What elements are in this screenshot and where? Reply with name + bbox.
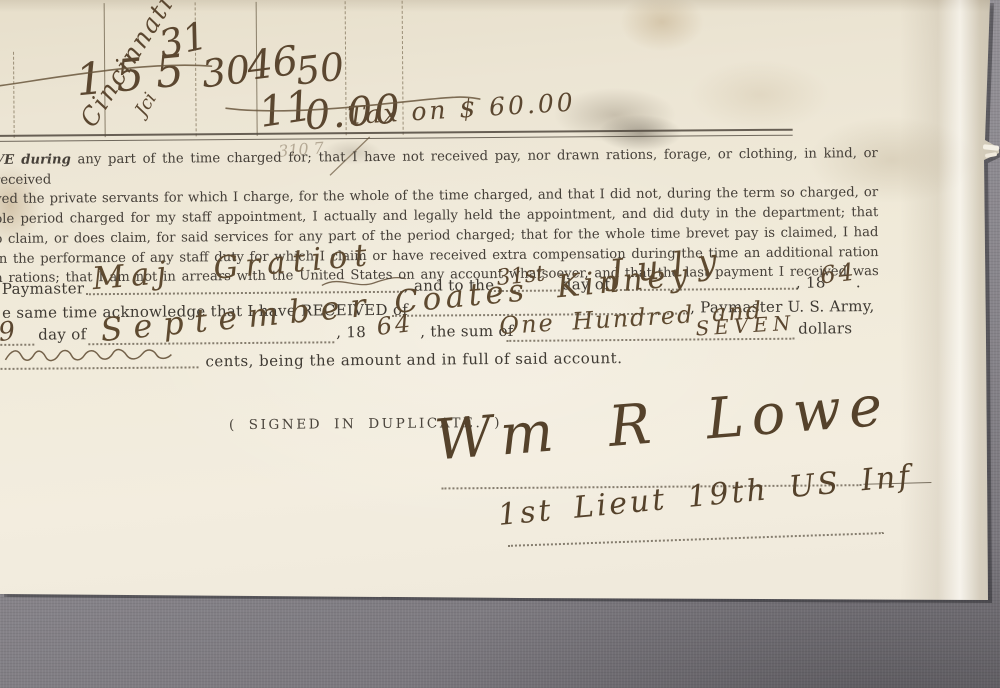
year-hw-1: 64 (819, 258, 858, 290)
year-hw-2: 64 (375, 309, 414, 341)
cents-line: cents, being the amount and in full of s… (205, 349, 622, 370)
amount-caps-value: SEVEN (695, 310, 796, 340)
paymaster-label: Paymaster (2, 279, 85, 298)
affidavit-line: VE during any part of the time charged f… (0, 144, 878, 190)
affidavit-line-text: any part of the time charged for; that I… (0, 146, 878, 188)
cents-rule (0, 366, 198, 370)
day-of-label-2: day of (38, 325, 86, 343)
period-1: . (856, 273, 861, 291)
dollars-label: dollars (798, 319, 852, 337)
document-content: 31 155 30 46 50 11 0.00 Tax on $ 60.00 C… (0, 0, 1000, 610)
rank-rule (508, 532, 884, 547)
year-printed-2: , 18 (336, 323, 366, 341)
document-paper: 31 155 30 46 50 11 0.00 Tax on $ 60.00 C… (0, 0, 1000, 606)
cents-squiggle (5, 349, 171, 361)
ledger-column-line (13, 52, 15, 138)
signature-value: Wm R Lowe (432, 373, 892, 473)
photo-stage: 31 155 30 46 50 11 0.00 Tax on $ 60.00 C… (0, 0, 1000, 688)
rank-line-value: 1st Lieut 19th US Inf (496, 459, 913, 533)
ledger-entry-30: 30 (199, 47, 252, 96)
amount-words-rule (506, 338, 794, 342)
affidavit-line-lead: VE during (0, 152, 71, 168)
received-day-rule (0, 344, 34, 346)
